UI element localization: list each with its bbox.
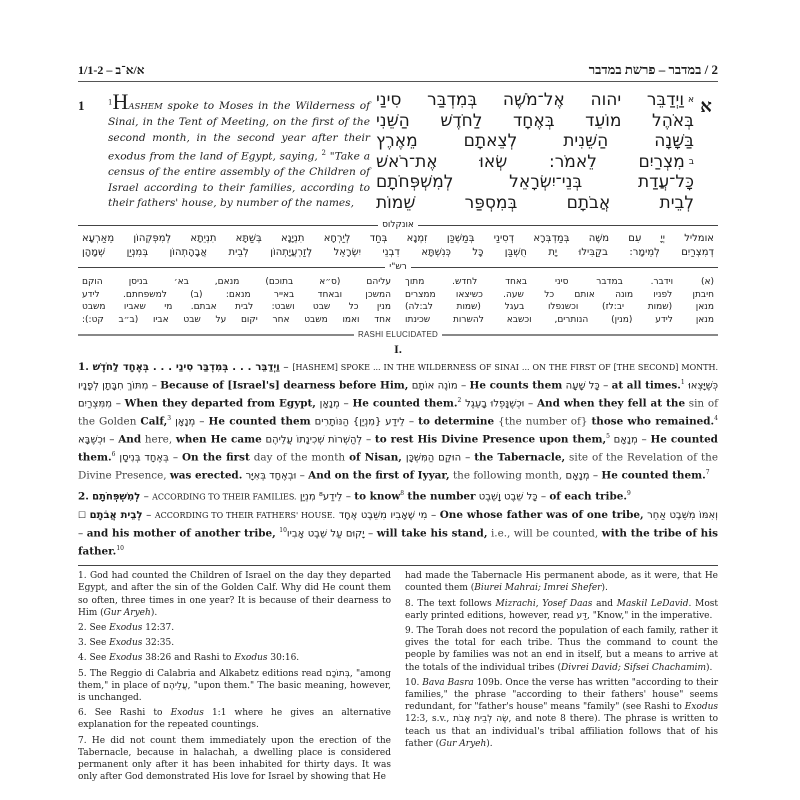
source-citation: Exodus: [234, 653, 267, 663]
footnote: 2. See Exodus 12:37.: [78, 622, 391, 634]
footnote-text: , "Know," in the imperative.: [587, 611, 712, 621]
verse-number: ב: [689, 157, 694, 167]
footnote-text: 12:3, s.v.,: [405, 714, 453, 724]
rashi-divider: רש"י: [78, 262, 718, 272]
running-head: 1/1-2 – א/א־ב 2 / במדבר – פרשת במדבר: [78, 62, 718, 82]
english-phrase: He counts them: [470, 379, 563, 391]
footnote-text: See: [89, 638, 109, 648]
footnotes: 1. God had counted the Children of Israe…: [78, 570, 718, 786]
hebrew-word: עֲלֵיהֶם: [163, 681, 188, 691]
footnote-ref: 8: [400, 490, 404, 497]
parashah-title: במדבר – פרשת במדבר: [589, 62, 702, 77]
hebrew-phrase: לְהַשְׁרוֹת שְׁכִינָתוֹ עֲלֵיהֶם: [265, 435, 362, 446]
onkelos-divider: אונקלוס: [78, 220, 718, 230]
footnote: 5. The Reggio di Calabria and Alkabetz e…: [78, 668, 391, 705]
source-citation: Exodus: [109, 623, 142, 633]
english-phrase: to know: [354, 491, 400, 503]
source-citation: Mizrachi: [495, 599, 535, 609]
book-page: 1/1-2 – א/א־ב 2 / במדבר – פרשת במדבר 1 1…: [78, 62, 718, 786]
page-number: 2 /: [705, 62, 718, 77]
footnote-ref: 5: [606, 433, 610, 440]
chapter-number-hebrew: א: [694, 90, 718, 218]
section-numeral: I.: [78, 342, 718, 357]
footnotes-column-right: had made the Tabernacle His permanent ab…: [405, 570, 718, 786]
footnote: 7. He did not count them immediately upo…: [78, 735, 391, 784]
source-citation: Biurei Mahrai; Imrei Shefer: [474, 583, 601, 593]
english-phrase: He counted them.: [601, 470, 705, 482]
divider-line: [411, 267, 718, 268]
footnote-number: 1.: [78, 571, 87, 581]
onkelos-line: אומליל יְיָ עִם משֶׁה בְּמַדְבְּרָא דְסִ…: [82, 232, 714, 246]
rashi-line: חיבתן לפניו מונה אותם כל שעה. כשיצאו ממצ…: [405, 289, 714, 302]
english-phrase: the Tabernacle,: [474, 452, 565, 464]
dash: –: [103, 63, 115, 77]
hebrew-word: בְּתוֹכָם: [326, 669, 350, 679]
line-text: בַּשָּׁנָה הַשֵּׁנִית לְצֵאתָם מֵאֶרֶץ: [376, 131, 694, 151]
source-citation: Divrei David; Sifsei Chachamim: [561, 663, 706, 673]
hebrew-phrase: בְּאֶחָד בְּנִיסָן: [119, 453, 169, 464]
hebrew-phrase: כָּל שָׁעָה: [566, 380, 600, 391]
source-citation: Gur Aryeh: [104, 608, 151, 618]
english-phrase: Because of [Israel's] dearness before Hi…: [160, 379, 408, 391]
english-phrase: when He came: [176, 434, 262, 446]
footnote-number: 4.: [78, 653, 87, 663]
hebrew-phrase: מִי שֶׁאָבִיו מִשֵּׁבֶט אֶחָד: [339, 510, 428, 521]
footnote: 1. God had counted the Children of Israe…: [78, 570, 391, 619]
hebrew-phrase: יָקוּם עַל שֵׁבֶט אָבִיו: [287, 528, 365, 539]
english-phrase: the number: [407, 491, 475, 503]
footnote-text: 30:16.: [268, 653, 300, 663]
rashi-elucidated-divider: RASHI ELUCIDATED: [78, 330, 718, 339]
rashi-hebrew-text: (א) וידבר. במדבר סיני באחד לחדש. מתוך חי…: [78, 274, 718, 326]
footnote: 10. Bava Basra 109b. Once the verse has …: [405, 677, 718, 750]
hebrew-phrase: מִתּוֹךְ חִבָּתָן לְפָנָיו: [78, 380, 148, 391]
chapter-number-english: 1: [78, 90, 108, 218]
rashi-column-right: (א) וידבר. במדבר סיני באחד לחדש. מתוך חי…: [405, 276, 714, 326]
onkelos-label: אונקלוס: [378, 220, 418, 230]
divider-line: [78, 225, 378, 226]
onkelos-line: דְמִצְרַיִם לְמֵימָר: בקַבִּילוּ יָת חֻש…: [82, 246, 714, 260]
hebrew-phrase: וּכְשֶׁבָּא: [78, 435, 106, 446]
footnote: had made the Tabernacle His permanent ab…: [405, 570, 718, 594]
source-citation: Yosef Daas: [542, 599, 592, 609]
english-phrase: those who remained.: [591, 416, 714, 428]
source-citation: Exodus: [109, 653, 142, 663]
footnote-text: See: [89, 653, 109, 663]
footnote-ref: 10: [116, 545, 124, 552]
english-phrase: of each tribe.: [549, 491, 627, 503]
footnote-ref: 3: [167, 415, 171, 422]
rashi-elucidated-label: RASHI ELUCIDATED: [354, 330, 442, 339]
hebrew-phrase: מְנָאָן: [320, 399, 340, 410]
english-phrase: at all times.: [612, 379, 681, 391]
hebrew-phrase: מְנָאָם: [565, 471, 589, 482]
footnote-number: 8.: [405, 599, 414, 609]
footnote-text: He did not count them immediately upon t…: [78, 736, 391, 783]
source-citation: Gur Aryeh: [439, 739, 486, 749]
hebrew-phrase: וּבְאֶחָד בְּאִיָּר: [246, 471, 297, 482]
interpolation: here,: [145, 434, 172, 446]
footnote: 4. See Exodus 38:26 and Rashi to Exodus …: [78, 652, 391, 664]
footnote-text: 32:35.: [142, 638, 174, 648]
footnote: 3. See Exodus 32:35.: [78, 637, 391, 649]
footnote-text: The text follows: [417, 599, 495, 609]
rashi-line: (א) וידבר. במדבר סיני באחד לחדש. מתוך: [405, 276, 714, 289]
footnote-number: 7.: [78, 736, 87, 746]
hebrew-line: כָּל־עֲדַת בְּנֵי־יִשְׂרָאֵל לְמִשְׁפְּח…: [376, 172, 694, 193]
footnote: 8. The text follows Mizrachi, Yosef Daas…: [405, 598, 718, 622]
english-phrase: When they departed from Egypt,: [125, 398, 316, 410]
divider-line: [442, 334, 718, 336]
line-text: וַיְדַבֵּר יהוה אֶל־מֹשֶׁה בְּמִדְבַּר ס…: [376, 90, 684, 110]
source-citation: Maskil LeDavid: [617, 599, 689, 609]
hebrew-lines: אוַיְדַבֵּר יהוה אֶל־מֹשֶׁה בְּמִדְבַּר …: [376, 90, 694, 218]
hebrew-line: לְבֵית אֲבֹתָם בְּמִסְפַּר שֵׁמוֹת: [376, 193, 694, 214]
hebrew-phrase: וְאִמּוֹ מִשֵּׁבֶט אַחֵר: [647, 510, 718, 521]
elucidation-paragraph-1: 1. וַיְדַבֵּר . . . בְּמִדְבַּר סִינַי .…: [78, 360, 718, 484]
elucidation-paragraph-2: 2. לְמִשְׁפְּחֹתָם – ACCORDING TO THEIR …: [78, 487, 718, 505]
footnote-number: 2.: [78, 623, 87, 633]
rashi-line: אחד ואמו משבט אחר יקום על שבט אביו (ב״ב …: [82, 314, 391, 327]
rashi-line: מנאן (שמות יב:לז) וכשנפלו בעגל (שמות לב:…: [405, 301, 714, 314]
hebrew-phrase: לֵידַע⁸ מִנְיַן: [300, 492, 343, 503]
interpolation: i.e., will be counted,: [491, 527, 598, 539]
footnote-number: 10.: [405, 678, 419, 688]
footnote-ref: 9: [627, 490, 631, 497]
footnote-ref: 4: [714, 415, 718, 422]
footnote-text: ).: [486, 739, 492, 749]
footnote-number: 5.: [78, 669, 87, 679]
box-marker-icon: ☐: [78, 511, 86, 521]
english-phrase: of Nisan,: [349, 452, 402, 464]
footnote-ref: 1: [681, 379, 685, 386]
hebrew-line: בַּשָּׁנָה הַשֵּׁנִית לְצֵאתָם מֵאֶרֶץ: [376, 131, 694, 152]
interpolation: the following month,: [453, 470, 562, 482]
footnote-text: See Rashi to: [95, 708, 171, 718]
english-phrase: and his mother of another tribe,: [87, 527, 276, 539]
drop-cap: H: [112, 89, 128, 114]
rashi-column-left: עליהם (ס״א בתוכם) מנאם, בא׳ בניסן הוקם ה…: [82, 276, 391, 326]
english-lemma: ACCORDING TO THEIR FATHERS' HOUSE.: [155, 511, 335, 520]
footnote-ref: 2: [458, 397, 462, 404]
english-phrase: And: [118, 434, 141, 446]
rashi-line: מנאן לידע (מנין) הנותרים, וכשבא להשרות ש…: [405, 314, 714, 327]
verse-block: 1 1Hashem spoke to Moses in the Wilderne…: [78, 90, 718, 218]
footnote-number: 9.: [405, 626, 414, 636]
footnote-text: ).: [151, 608, 157, 618]
english-phrase: to rest His Divine Presence upon them,: [375, 434, 606, 446]
english-ref: 1/1-2: [78, 63, 103, 77]
page-header-title: 2 / במדבר – פרשת במדבר: [589, 62, 718, 78]
english-phrase: And on the first of Iyyar,: [308, 470, 450, 482]
footnote-text: and: [592, 599, 616, 609]
hebrew-line: במִצְרַיִם לֵאמֹר: שְׂאוּ אֶת־רֹאשׁ: [376, 152, 694, 173]
footnote-ref: 10: [279, 527, 287, 534]
english-phrase: was erected.: [170, 470, 242, 482]
hebrew-line: בְּאֹהֶל מוֹעֵד בְּאֶחָד לַחֹדֶשׁ הַשֵּׁ…: [376, 111, 694, 132]
hebrew-phrase: מְנָאָן: [175, 417, 195, 428]
rashi-elucidated-text: 1. וַיְדַבֵּר . . . בְּמִדְבַּר סִינַי .…: [78, 360, 718, 559]
source-citation: Exodus: [685, 702, 718, 712]
onkelos-text: אומליל יְיָ עִם משֶׁה בְּמַדְבְּרָא דְסִ…: [78, 232, 718, 260]
rashi-line: המשכן ובאחד באייר מנאם: (ב) למשפחתם. ליד…: [82, 289, 391, 302]
source-citation: Bava Basra: [422, 678, 474, 688]
hebrew-phrase: לֵידַע {מִנְיַן} הַנּוֹתָרִים: [315, 417, 405, 428]
hebrew-phrase: כָּל שֵׁבֶט וָשֵׁבֶט: [479, 492, 538, 503]
footnote-text: See: [89, 623, 109, 633]
footnote-text: 38:26 and Rashi to: [142, 653, 234, 663]
hebrew-word: שֶׂה לְבֵית אָבֹת: [453, 714, 508, 724]
hebrew-phrase: מְנָאָם: [614, 435, 638, 446]
footnote: 9. The Torah does not record the populat…: [405, 625, 718, 674]
hebrew-ref: א/א־ב: [115, 63, 144, 77]
english-phrase: And when they fell at the: [537, 398, 685, 410]
paragraph-number: 2.: [78, 491, 89, 503]
verse-number: א: [688, 95, 694, 105]
english-phrase: He counted them: [209, 416, 311, 428]
footnotes-column-left: 1. God had counted the Children of Israe…: [78, 570, 391, 786]
hebrew-phrase: הוּקַם הַמִּשְׁכָּן: [406, 453, 461, 464]
english-phrase: will take his stand,: [377, 527, 488, 539]
english-translation: 1Hashem spoke to Moses in the Wilderness…: [108, 90, 370, 218]
smallcaps-word: ashem: [128, 102, 162, 112]
footnote-ref: 6: [112, 451, 116, 458]
hebrew-lemma: לְבֵית אֲבֹתָם: [90, 510, 143, 521]
divider-line: [78, 267, 385, 268]
line-text: לְבֵית אֲבֹתָם בְּמִסְפַּר שֵׁמוֹת: [376, 193, 694, 213]
english-phrase: One whose father was of one tribe,: [440, 509, 644, 521]
rashi-line: מנין כל שבט ושבט: לבית אבתם. מי שאביו מש…: [82, 301, 391, 314]
footnote-number: 3.: [78, 638, 87, 648]
rashi-line: עליהם (ס״א בתוכם) מנאם, בא׳ בניסן הוקם: [82, 276, 391, 289]
english-phrase: He counted them.: [352, 398, 457, 410]
line-text: בְּאֹהֶל מוֹעֵד בְּאֶחָד לַחֹדֶשׁ הַשֵּׁ…: [376, 111, 694, 131]
english-phrase: On the first: [182, 452, 250, 464]
hebrew-torah-text: א אוַיְדַבֵּר יהוה אֶל־מֹשֶׁה בְּמִדְבַּ…: [370, 90, 718, 218]
footnote-text: The Reggio di Calabria and Alkabetz edit…: [90, 669, 326, 679]
hebrew-lemma: לְמִשְׁפְּחֹתָם: [92, 492, 140, 503]
rashi-label: רש"י: [385, 262, 411, 272]
footnote-ref: 7: [706, 469, 710, 476]
footnote: 6. See Rashi to Exodus 1:1 where he give…: [78, 707, 391, 731]
paragraph-number: 1.: [78, 361, 89, 373]
footnote-text: 12:37.: [142, 623, 174, 633]
english-lemma: [HASHEM] SPOKE ... IN THE WILDERNESS OF …: [292, 363, 718, 372]
line-text: מִצְרַיִם לֵאמֹר: שְׂאוּ אֶת־רֹאשׁ: [376, 152, 685, 172]
english-lemma: ACCORDING TO THEIR FAMILIES.: [152, 493, 296, 502]
hebrew-phrase: מוֹנֶה אוֹתָם: [412, 380, 458, 391]
footnote-number: 6.: [78, 708, 87, 718]
footnotes-rule: [78, 565, 718, 566]
hebrew-word: דַּע: [576, 611, 587, 621]
footnote-text: ).: [601, 583, 607, 593]
english-phrase: Calf,: [140, 416, 167, 428]
source-citation: Exodus: [109, 638, 142, 648]
elucidation-paragraph-3: ☐ לְבֵית אֲבֹתָם – ACCORDING TO THEIR FA…: [78, 508, 718, 559]
divider-line: [418, 225, 718, 226]
hebrew-line: אוַיְדַבֵּר יהוה אֶל־מֹשֶׁה בְּמִדְבַּר …: [376, 90, 694, 111]
interpolation: {the number of}: [498, 416, 587, 428]
source-citation: Exodus: [171, 708, 204, 718]
english-phrase: to determine: [418, 416, 494, 428]
verse-reference: 1/1-2 – א/א־ב: [78, 63, 144, 78]
hebrew-phrase: וּכְשֶׁנָּפְלוּ בָעֵגֶל: [465, 399, 524, 410]
line-text: כָּל־עֲדַת בְּנֵי־יִשְׂרָאֵל לְמִשְׁפְּח…: [376, 172, 694, 192]
footnote-text: ).: [706, 663, 712, 673]
interpolation: day of the month: [254, 452, 345, 464]
divider-line: [78, 334, 354, 336]
hebrew-lemma: וַיְדַבֵּר . . . בְּמִדְבַּר סִינַי . . …: [93, 362, 280, 373]
